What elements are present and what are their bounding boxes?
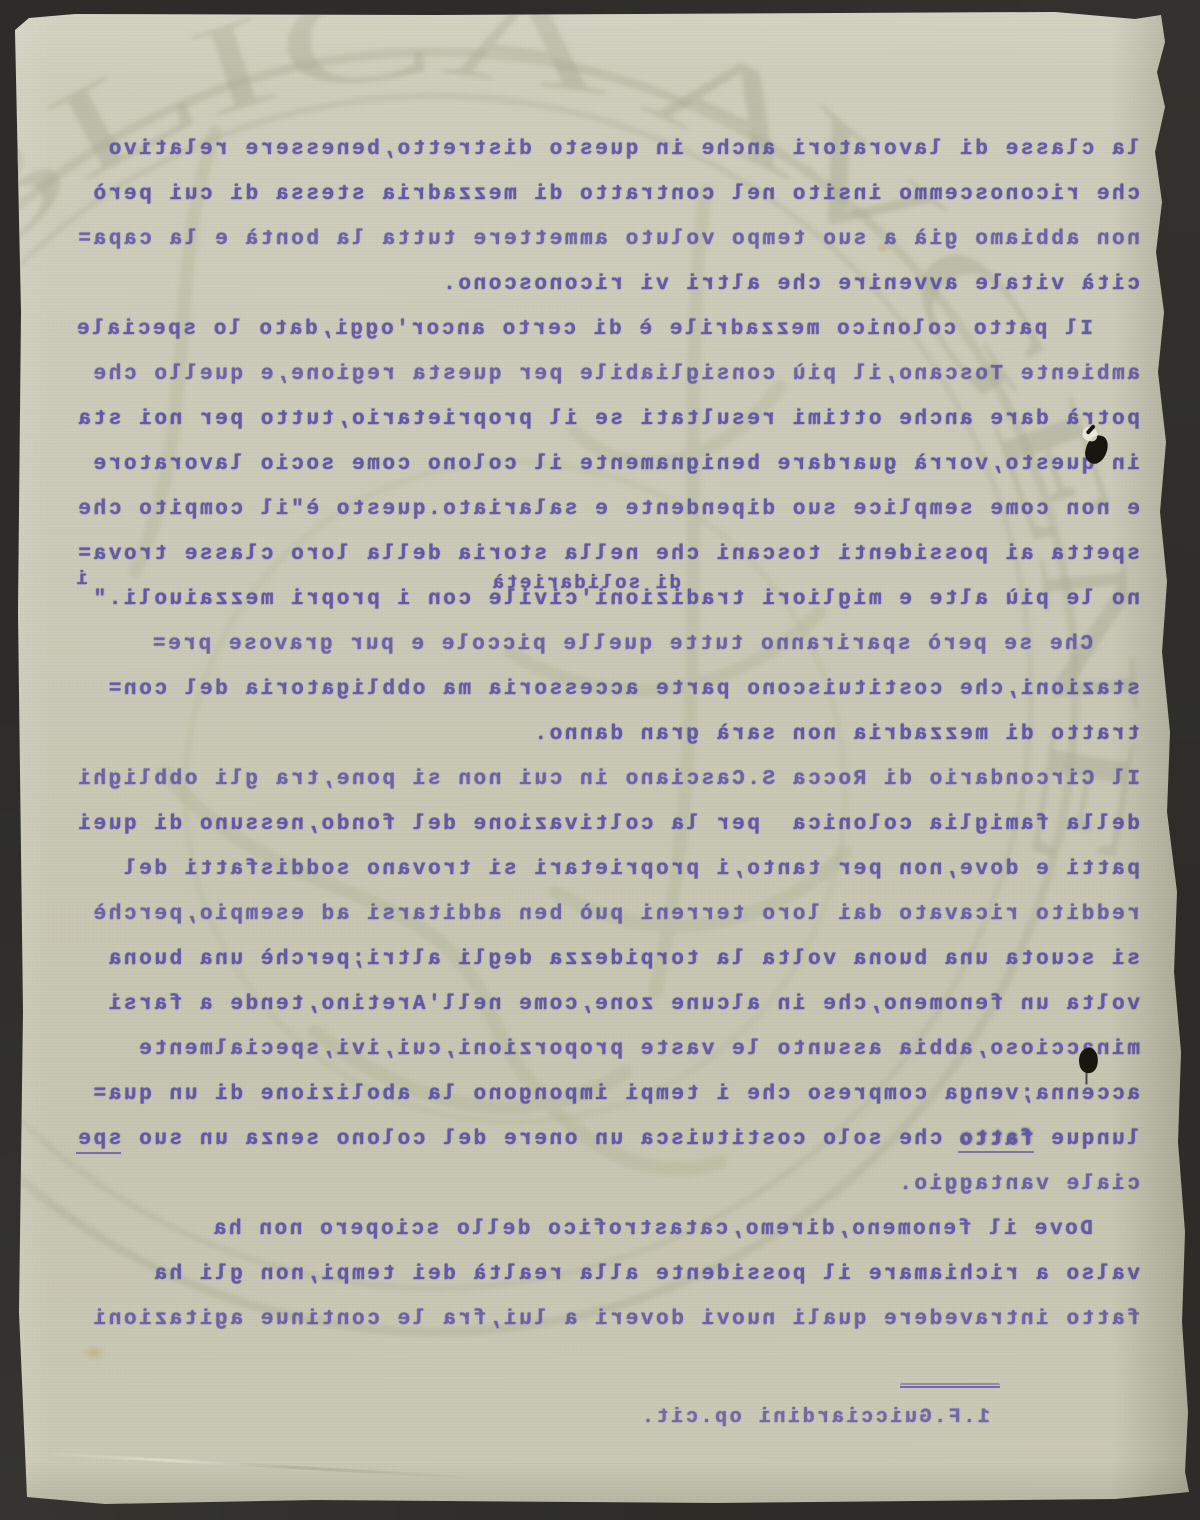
typed-line: ciale vantaggio. [63,1162,1140,1207]
typed-line: stazioni,che costituiscono parte accesso… [63,667,1140,712]
footnote-rule [900,1383,1000,1389]
typed-line: Che se però spariranno tutte quelle picc… [63,622,1140,667]
paper-stain-small [875,242,891,254]
typed-line: valso a richiamare il possidente alla re… [63,1252,1140,1297]
typed-line: Il Circondario di Rocca S.Casciano in cu… [63,757,1140,802]
scan-background: TI PVBLICA AVGENE la classe di lavorator… [0,0,1200,1520]
typed-line: che riconoscemmo insito nel contratto di… [63,172,1140,217]
typed-line: spetta ai possidenti toscani che nella s… [63,532,1140,577]
document-page: TI PVBLICA AVGENE la classe di lavorator… [15,12,1193,1506]
interline-stray-mark: i [74,568,88,590]
typed-text-layer: la classe di lavoratori anche in questo … [15,12,1193,1506]
typed-line: della famiglia colonica per la coltivazi… [63,802,1140,847]
typed-line: reddito ricavato dai loro terreni può be… [63,892,1140,937]
paper-stain [81,1344,107,1362]
typed-line: fatto intravedere quali nuovi doveri a l… [63,1297,1140,1342]
typed-line: Dove il fenomeno,diremo,catastrofico del… [63,1207,1140,1252]
typed-line: tratto di mezzadria non sarà gran danno. [63,712,1140,757]
typed-line: si scuota una buona volta la torpidezza … [63,937,1140,982]
typed-line: accenna;venga compreso che i tempi impon… [63,1072,1140,1117]
typed-line: in questo,vorrà guardare benignamente il… [63,442,1140,487]
typed-line: ambiente Toscano,il più consigliabile pe… [63,352,1140,397]
typed-line: e non come semplice suo dipendente e sal… [63,487,1140,532]
typed-line: lunque fatto che solo costituisca un one… [63,1117,1140,1162]
typed-line: non abbiamo già a suo tempo voluto ammet… [63,217,1140,262]
typed-line: minaccioso,abbia assunto le vaste propor… [63,1027,1140,1072]
interline-insertion: di solidarietà [491,572,681,594]
typed-line: potrà dare anche ottimi resultati se il … [63,397,1140,442]
footnote-text: 1.F.Guicciardini op.cit. [640,1406,990,1429]
typed-line: patti e dove,non per tanto,i proprietari… [63,847,1140,892]
typed-line: Il patto colonico mezzadrile è di certo … [63,307,1140,352]
typed-line: la classe di lavoratori anche in questo … [63,127,1140,172]
typed-line: volta un fenomeno,che in alcune zone,com… [63,982,1140,1027]
typed-line: cità vitale avvenire che altri vi ricono… [63,262,1140,307]
